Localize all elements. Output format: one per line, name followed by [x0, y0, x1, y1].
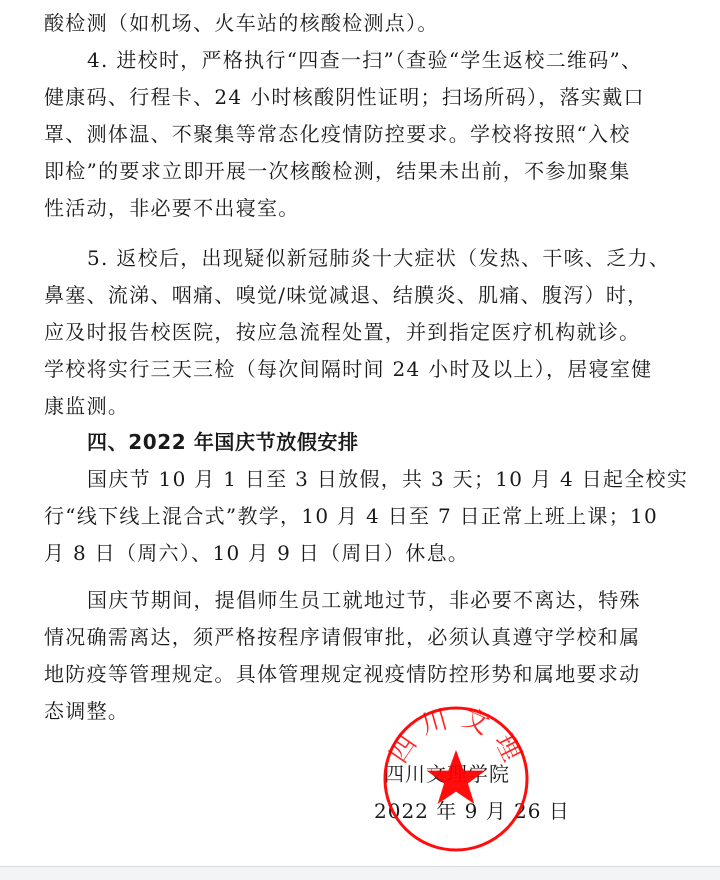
management-line: 情况确需离达，须严格按程序请假审批，必须认真遵守学校和属: [44, 626, 640, 648]
management-line: 国庆节期间，提倡师生员工就地过节，非必要不离达，特殊: [87, 589, 641, 611]
section-heading: 四、2022 年国庆节放假安排: [87, 431, 359, 453]
body-line: 性活动，非必要不出寝室。: [44, 197, 300, 219]
body-line: 5. 返校后，出现疑似新冠肺炎十大症状（发热、干咳、乏力、: [87, 247, 670, 269]
body-line: 应及时报告校医院，按应急流程处置，并到指定医疗机构就诊。: [44, 321, 640, 343]
document-page: 酸检测（如机场、火车站的核酸检测点）。 4. 进校时，严格执行“四查一扫”（查验…: [0, 0, 720, 865]
holiday-line: 行“线下线上混合式”教学，10 月 4 日至 7 日正常上班上课；10: [44, 505, 658, 527]
body-line: 健康码、行程卡、24 小时核酸阴性证明；扫场所码），落实戴口: [44, 86, 645, 108]
viewer-footer-bar: [0, 866, 720, 880]
holiday-line: 国庆节 10 月 1 日至 3 日放假，共 3 天；10 月 4 日起全校实: [87, 468, 688, 490]
body-line: 康监测。: [44, 395, 129, 417]
body-line: 鼻塞、流涕、咽痛、嗅觉/味觉减退、结膜炎、肌痛、腹泻）时，: [44, 284, 648, 306]
management-line: 地防疫等管理规定。具体管理规定视疫情防控形势和属地要求动: [44, 663, 640, 685]
body-line: 4. 进校时，严格执行“四查一扫”（查验“学生返校二维码”、: [87, 49, 642, 71]
body-line: 罩、测体温、不聚集等常态化疫情防控要求。学校将按照“入校: [44, 123, 631, 145]
body-line: 学校将实行三天三检（每次间隔时间 24 小时及以上），居寝室健: [44, 358, 652, 380]
holiday-line: 月 8 日（周六）、10 月 9 日（周日）休息。: [44, 542, 469, 564]
seal-graphic: 四川文理学院: [381, 704, 531, 854]
body-line: 酸检测（如机场、火车站的核酸检测点）。: [44, 12, 439, 34]
body-line: 即检”的要求立即开展一次核酸检测，结果未出前，不参加聚集: [44, 160, 631, 182]
management-line: 态调整。: [44, 700, 129, 722]
star-icon: [427, 750, 486, 804]
official-seal: 四川文理学院: [381, 704, 531, 854]
